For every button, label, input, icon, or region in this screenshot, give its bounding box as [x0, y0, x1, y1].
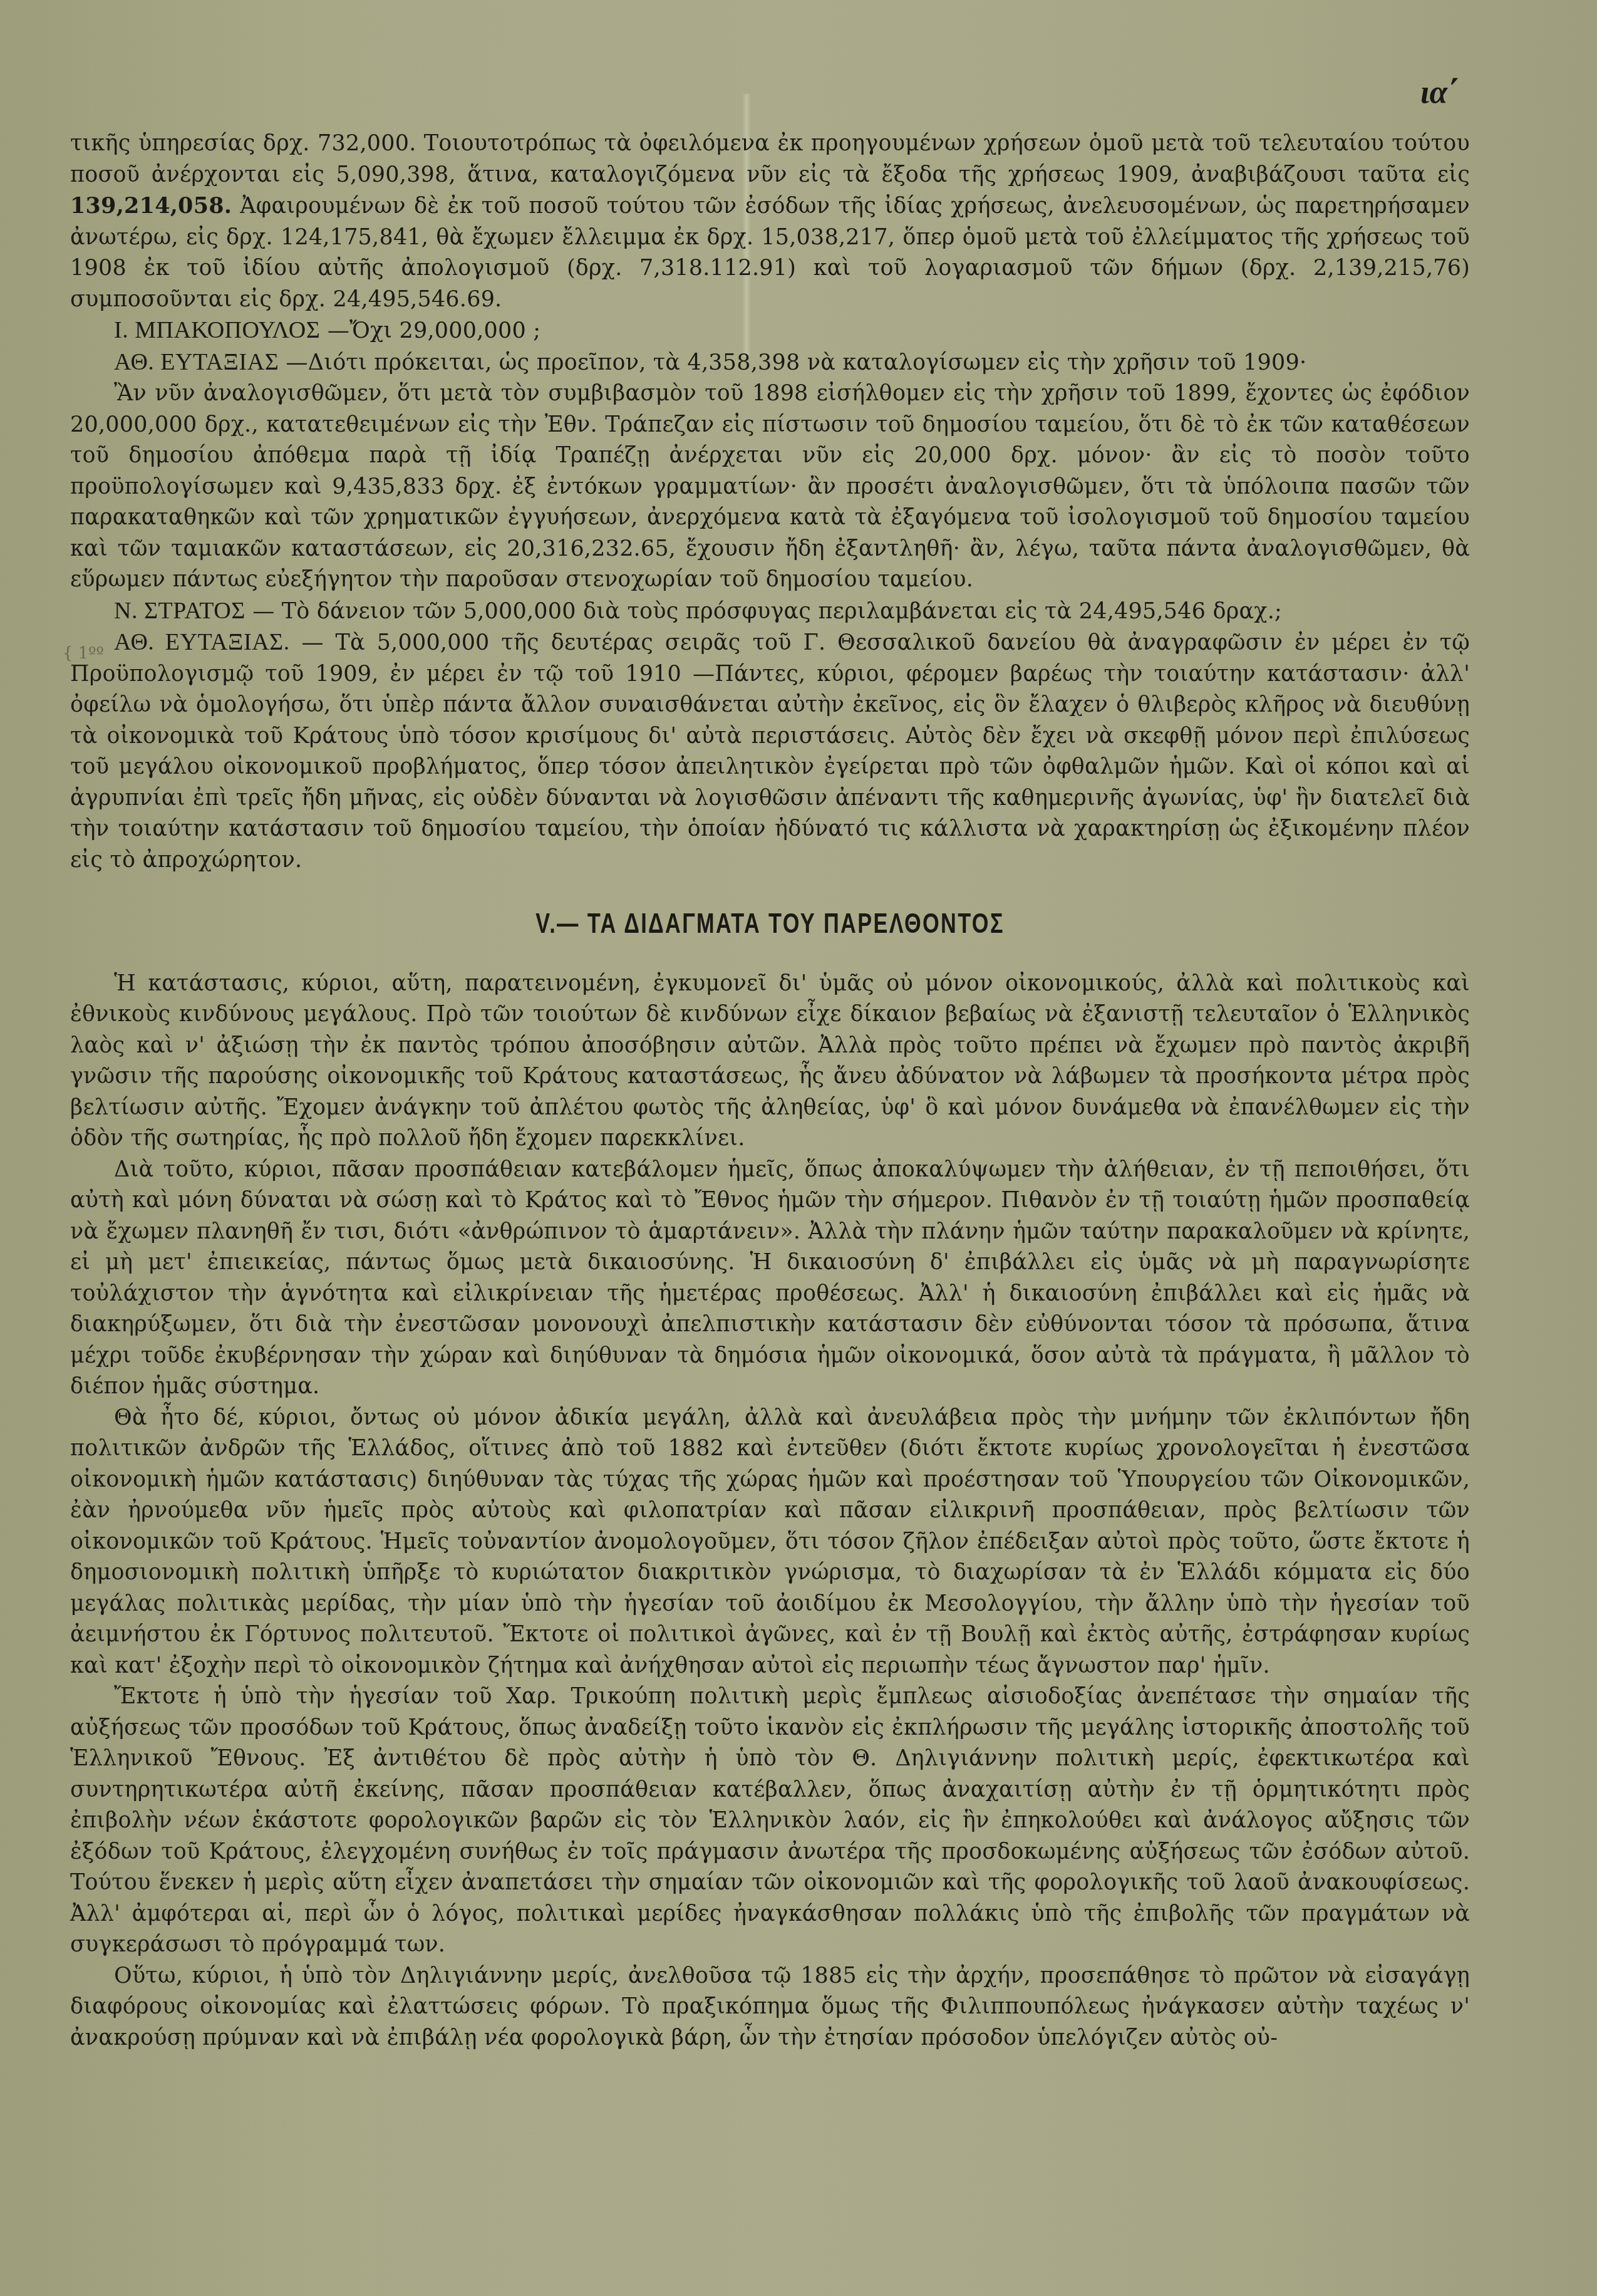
section-heading: V.— ΤΑ ΔΙΔΑΓΜΑΤΑ ΤΟΥ ΠΑΡΕΛΘΟΝΤΟΣ [224, 908, 1316, 940]
speaker-text: — Τὸ δάνειον τῶν 5,000,000 διὰ τοὺς πρόσ… [252, 599, 1282, 624]
speaker-text: —Διότι πρόκειται, ὡς προεῖπον, τὰ 4,358,… [286, 350, 1307, 375]
paragraph-truth-effort: Διὰ τοῦτο, κύριοι, πᾶσαν προσπάθειαν κατ… [70, 1155, 1470, 1403]
speaker-name: ΑΘ. ΕΥΤΑΞΙΑΣ [114, 349, 279, 375]
dialogue-line-eftaxias-2: ΑΘ. ΕΥΤΑΞΙΑΣ. — Τὰ 5,000,000 τῆς δευτέρα… [70, 627, 1470, 876]
speaker-text: — Τὰ 5,000,000 τῆς δευτέρας σειρᾶς τοῦ Γ… [70, 630, 1470, 873]
paragraph-situation-dangers: Ἡ κατάστασις, κύριοι, αὕτη, παρατεινομέν… [70, 969, 1470, 1155]
paragraph-continued-budget: τικῆς ὑπηρεσίας δρχ. 732,000. Τοιουτοτρό… [70, 128, 1470, 315]
paragraph-treasury-analysis: Ἂν νῦν ἀναλογισθῶμεν, ὅτι μετὰ τὸν συμβι… [70, 378, 1470, 596]
page-number: ια΄ [1420, 74, 1459, 111]
speaker-name: ΑΘ. ΕΥΤΑΞΙΑΣ. [114, 629, 290, 655]
paragraph-trikoupis-deligiannis: Ἔκτοτε ἡ ὑπὸ τὴν ἡγεσίαν τοῦ Χαρ. Τρικού… [70, 1681, 1470, 1961]
paragraph-1885-government: Οὕτω, κύριοι, ἡ ὑπὸ τὸν Δηλιγιάννην μερί… [70, 1961, 1470, 2054]
dialogue-line-stratos: Ν. ΣΤΡΑΤΟΣ — Τὸ δάνειον τῶν 5,000,000 δι… [70, 596, 1470, 628]
dialogue-line-bakopoulos: Ι. ΜΠΑΚΟΠΟΥΛΟΣ —Ὄχι 29,000,000 ; [70, 315, 1470, 347]
document-body: τικῆς ὑπηρεσίας δρχ. 732,000. Τοιουτοτρό… [70, 128, 1470, 2054]
speaker-text: —Ὄχι 29,000,000 ; [328, 318, 541, 343]
dialogue-line-eftaxias-1: ΑΘ. ΕΥΤΑΞΙΑΣ —Διότι πρόκειται, ὡς προεῖπ… [70, 347, 1470, 379]
speaker-name: Ι. ΜΠΑΚΟΠΟΥΛΟΣ [114, 317, 320, 343]
bold-total-amount: 139,214,058. [70, 193, 232, 219]
speaker-name: Ν. ΣΤΡΑΤΟΣ [114, 598, 245, 624]
paragraph-political-history: Θὰ ἦτο δέ, κύριοι, ὄντως οὐ μόνον ἀδικία… [70, 1403, 1470, 1682]
